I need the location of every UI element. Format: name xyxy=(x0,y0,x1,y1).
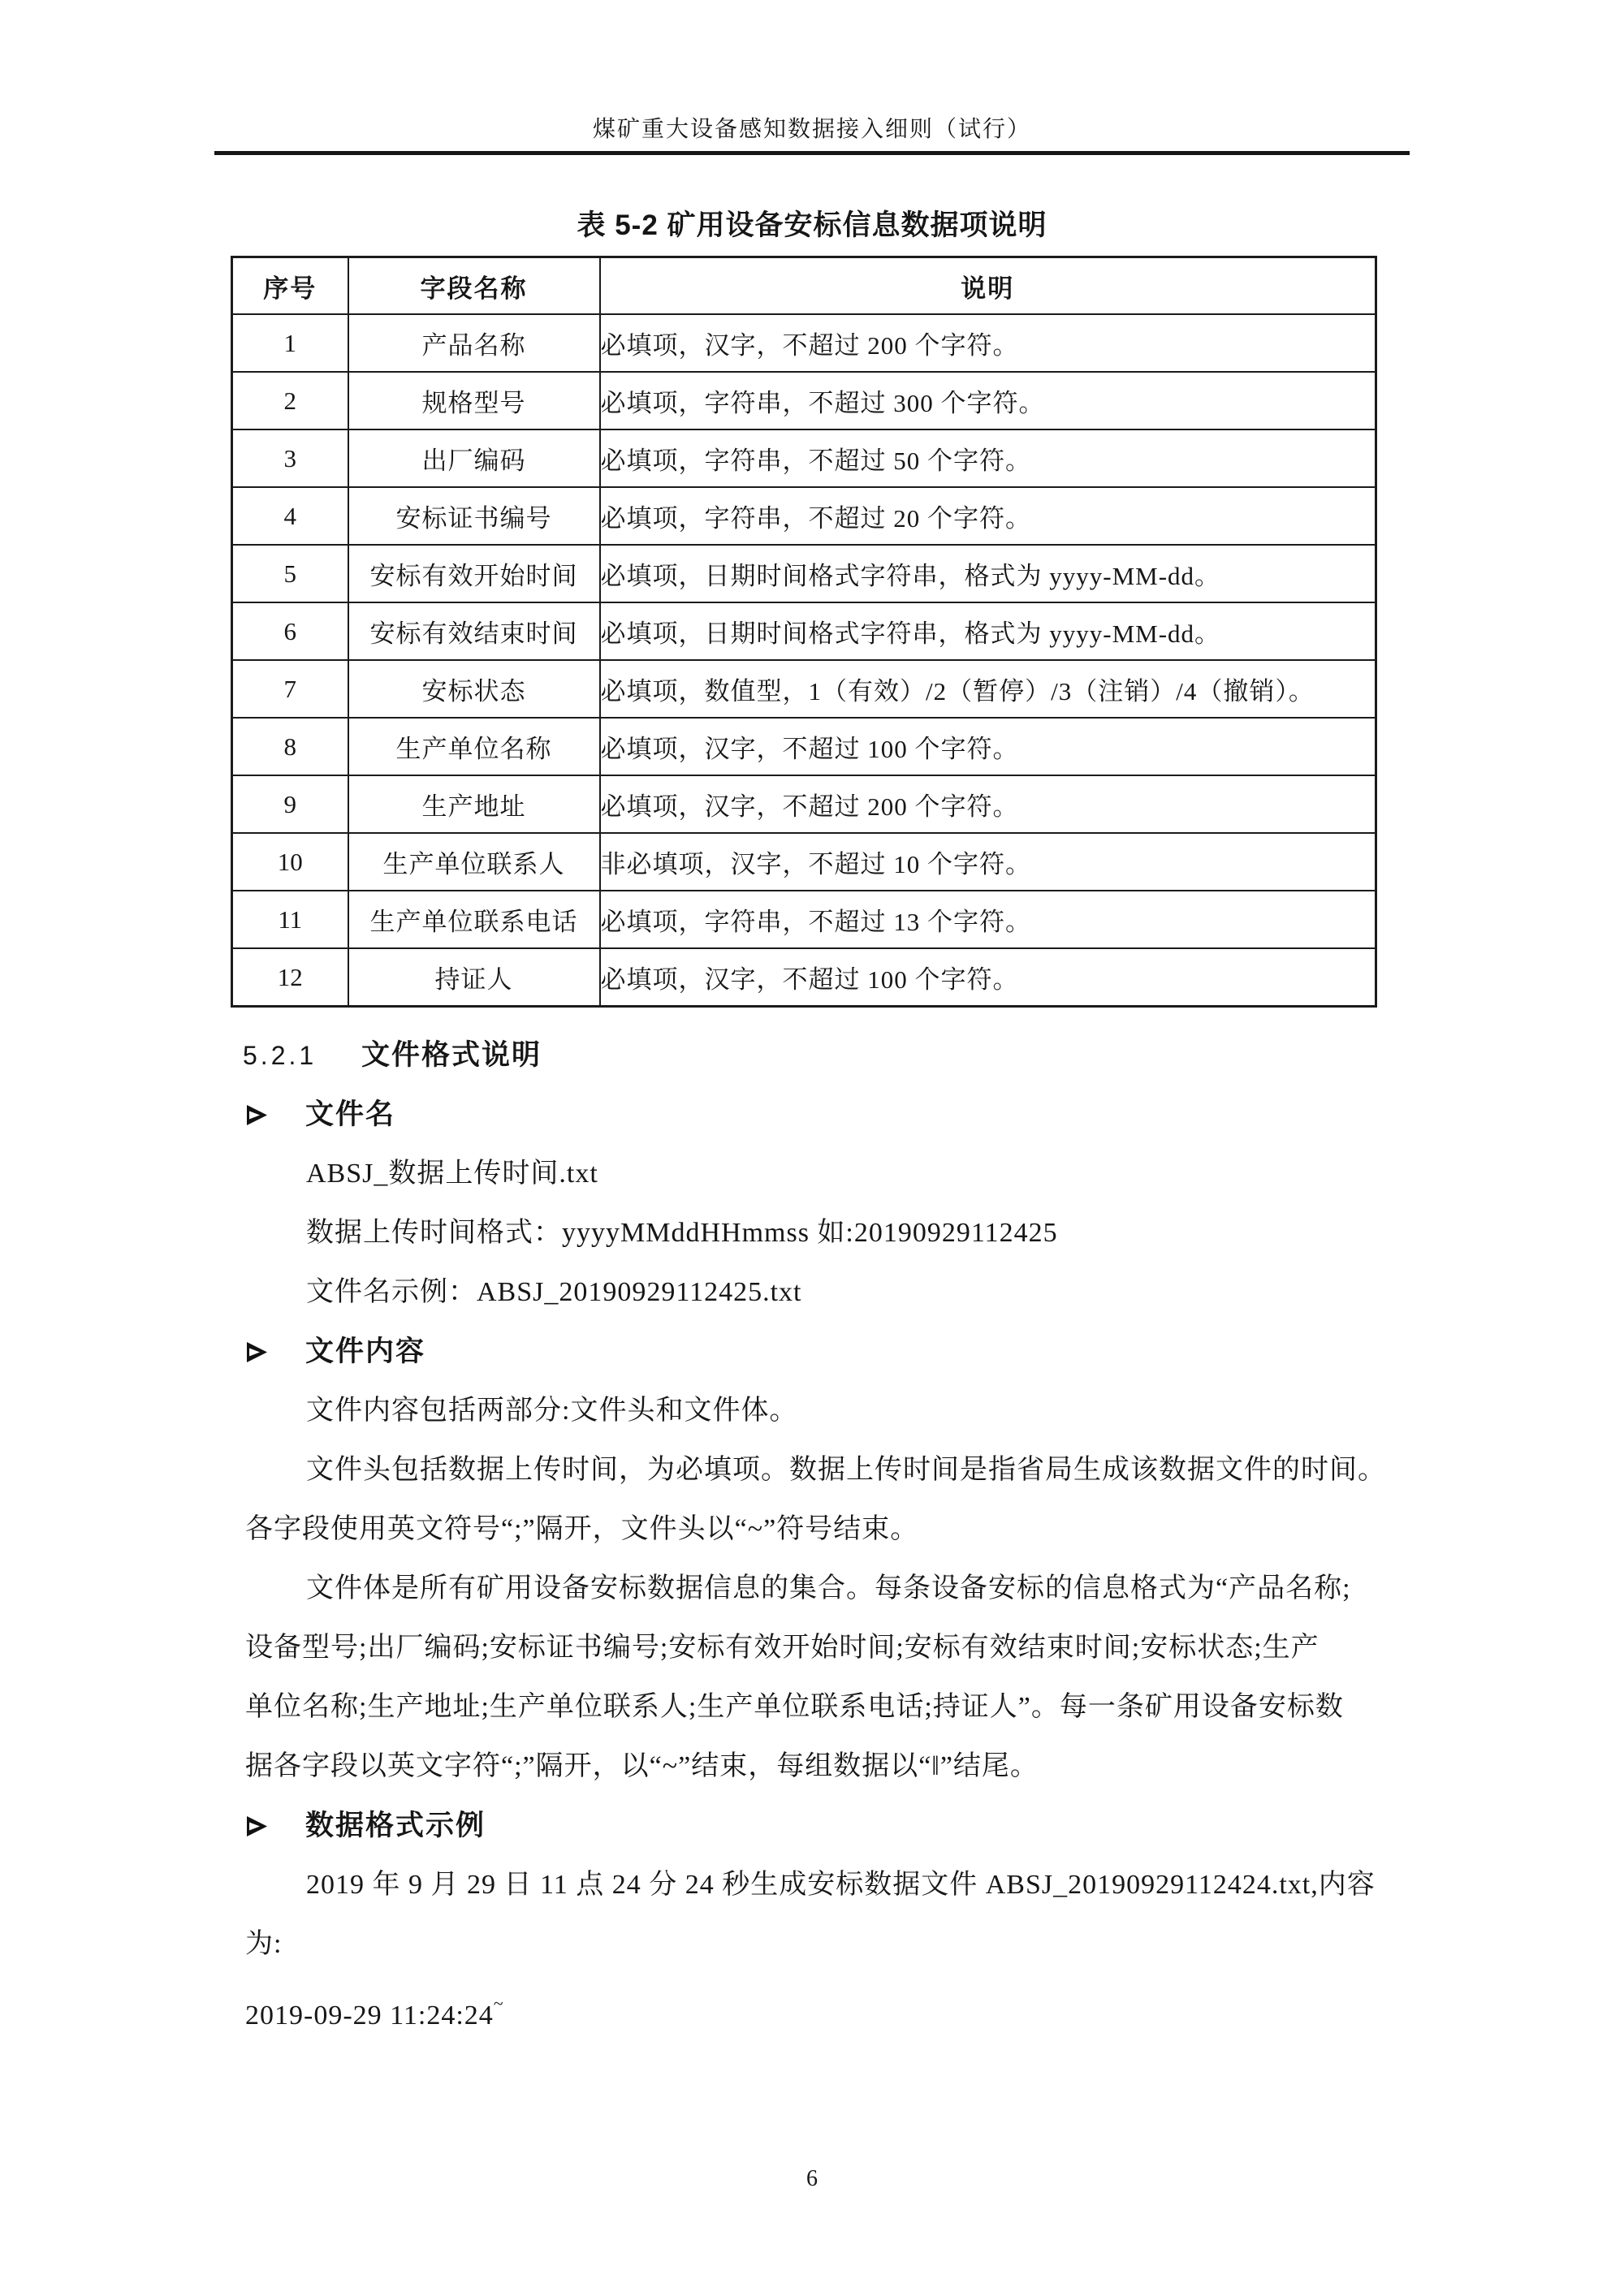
page-number: 6 xyxy=(0,2150,1624,2208)
cell-no: 5 xyxy=(232,545,348,602)
document-page: 煤矿重大设备感知数据接入细则（试行） 表 5-2 矿用设备安标信息数据项说明 序… xyxy=(0,0,1624,2296)
cell-no: 10 xyxy=(232,833,348,891)
bullet-data-example-label: 数据格式示例 xyxy=(305,1797,486,1855)
cell-desc: 必填项，字符串，不超过 13 个字符。 xyxy=(600,891,1376,948)
cell-no: 11 xyxy=(232,891,348,948)
cell-field: 安标证书编号 xyxy=(348,487,600,545)
code-terminator: ~ xyxy=(494,1993,504,2013)
file-content-line: 各字段使用英文符号“;”隔开，文件头以“~”符号结束。 xyxy=(245,1500,918,1559)
table-row: 7 安标状态 必填项，数值型，1（有效）/2（暂停）/3（注销）/4（撤销）。 xyxy=(232,660,1376,718)
section-heading-number: 5.2.1 xyxy=(243,1026,317,1085)
code-value: 2019-09-29 11:24:24 xyxy=(245,2000,494,2031)
cell-field: 安标有效结束时间 xyxy=(348,602,600,660)
file-content-line: 据各字段以英文字符“;”隔开，以“~”结束，每组数据以“‖”结尾。 xyxy=(245,1737,1039,1796)
table-row: 12 持证人 必填项，汉字，不超过 100 个字符。 xyxy=(232,948,1376,1007)
bullet-arrow-icon xyxy=(246,1104,268,1126)
cell-desc: 必填项，日期时间格式字符串，格式为 yyyy-MM-dd。 xyxy=(600,545,1376,602)
data-example-line: 为: xyxy=(245,1915,282,1974)
cell-field: 生产单位联系电话 xyxy=(348,891,600,948)
spec-table: 序号 字段名称 说明 1 产品名称 必填项，汉字，不超过 200 个字符。 2 … xyxy=(231,256,1377,1008)
cell-desc: 必填项，汉字，不超过 200 个字符。 xyxy=(600,314,1376,372)
column-header-no: 序号 xyxy=(232,257,348,315)
bullet-data-example: 数据格式示例 xyxy=(0,1797,1624,1855)
cell-desc: 必填项，日期时间格式字符串，格式为 yyyy-MM-dd。 xyxy=(600,602,1376,660)
table-row: 1 产品名称 必填项，汉字，不超过 200 个字符。 xyxy=(232,314,1376,372)
cell-field: 产品名称 xyxy=(348,314,600,372)
data-example-line: 2019 年 9 月 29 日 11 点 24 分 24 秒生成安标数据文件 A… xyxy=(306,1856,1376,1914)
upload-time-format: 数据上传时间格式：yyyyMMddHHmmss 如:20190929112425 xyxy=(306,1204,1058,1262)
cell-field: 持证人 xyxy=(348,948,600,1007)
cell-desc: 必填项，字符串，不超过 300 个字符。 xyxy=(600,372,1376,429)
cell-desc: 必填项，数值型，1（有效）/2（暂停）/3（注销）/4（撤销）。 xyxy=(600,660,1376,718)
table-row: 10 生产单位联系人 非必填项，汉字，不超过 10 个字符。 xyxy=(232,833,1376,891)
cell-field: 安标状态 xyxy=(348,660,600,718)
cell-field: 出厂编码 xyxy=(348,429,600,487)
cell-no: 9 xyxy=(232,775,348,833)
bullet-file-content: 文件内容 xyxy=(0,1323,1624,1381)
table-row: 8 生产单位名称 必填项，汉字，不超过 100 个字符。 xyxy=(232,718,1376,775)
file-name-pattern: ABSJ_数据上传时间.txt xyxy=(306,1145,598,1203)
file-content-line: 文件头包括数据上传时间，为必填项。数据上传时间是指省局生成该数据文件的时间。 xyxy=(306,1441,1386,1500)
section-heading: 5.2.1 文件格式说明 xyxy=(0,1026,1624,1085)
file-content-line: 文件内容包括两部分:文件头和文件体。 xyxy=(306,1382,797,1440)
table-row: 4 安标证书编号 必填项，字符串，不超过 20 个字符。 xyxy=(232,487,1376,545)
section-heading-title: 文件格式说明 xyxy=(361,1026,542,1085)
table-row: 9 生产地址 必填项，汉字，不超过 200 个字符。 xyxy=(232,775,1376,833)
bullet-arrow-icon xyxy=(246,1815,268,1837)
file-content-line: 单位名称;生产地址;生产单位联系人;生产单位联系电话;持证人”。每一条矿用设备安… xyxy=(245,1678,1344,1737)
column-header-field: 字段名称 xyxy=(348,257,600,315)
cell-no: 8 xyxy=(232,718,348,775)
table-row: 2 规格型号 必填项，字符串，不超过 300 个字符。 xyxy=(232,372,1376,429)
bullet-file-name-label: 文件名 xyxy=(305,1085,395,1144)
file-name-example: 文件名示例：ABSJ_20190929112425.txt xyxy=(306,1263,802,1322)
table-row: 3 出厂编码 必填项，字符串，不超过 50 个字符。 xyxy=(232,429,1376,487)
table-title: 表 5-2 矿用设备安标信息数据项说明 xyxy=(0,196,1624,255)
cell-desc: 非必填项，汉字，不超过 10 个字符。 xyxy=(600,833,1376,891)
cell-no: 4 xyxy=(232,487,348,545)
data-example-code: 2019-09-29 11:24:24~ xyxy=(245,1974,504,2033)
cell-field: 安标有效开始时间 xyxy=(348,545,600,602)
file-content-line: 文件体是所有矿用设备安标数据信息的集合。每条设备安标的信息格式为“产品名称; xyxy=(306,1560,1351,1618)
cell-no: 1 xyxy=(232,314,348,372)
table-row: 11 生产单位联系电话 必填项，字符串，不超过 13 个字符。 xyxy=(232,891,1376,948)
cell-desc: 必填项，汉字，不超过 100 个字符。 xyxy=(600,948,1376,1007)
cell-no: 3 xyxy=(232,429,348,487)
cell-field: 生产单位名称 xyxy=(348,718,600,775)
file-content-line: 设备型号;出厂编码;安标证书编号;安标有效开始时间;安标有效结束时间;安标状态;… xyxy=(245,1619,1319,1677)
cell-no: 12 xyxy=(232,948,348,1007)
table-row: 6 安标有效结束时间 必填项，日期时间格式字符串，格式为 yyyy-MM-dd。 xyxy=(232,602,1376,660)
cell-no: 6 xyxy=(232,602,348,660)
bullet-file-content-label: 文件内容 xyxy=(305,1323,425,1381)
running-header-title: 煤矿重大设备感知数据接入细则（试行） xyxy=(0,104,1624,156)
cell-desc: 必填项，字符串，不超过 20 个字符。 xyxy=(600,487,1376,545)
cell-desc: 必填项，字符串，不超过 50 个字符。 xyxy=(600,429,1376,487)
cell-desc: 必填项，汉字，不超过 100 个字符。 xyxy=(600,718,1376,775)
header-rule xyxy=(214,151,1410,155)
column-header-desc: 说明 xyxy=(600,257,1376,315)
cell-desc: 必填项，汉字，不超过 200 个字符。 xyxy=(600,775,1376,833)
table-row: 5 安标有效开始时间 必填项，日期时间格式字符串，格式为 yyyy-MM-dd。 xyxy=(232,545,1376,602)
cell-field: 规格型号 xyxy=(348,372,600,429)
cell-field: 生产单位联系人 xyxy=(348,833,600,891)
cell-no: 7 xyxy=(232,660,348,718)
cell-no: 2 xyxy=(232,372,348,429)
table-header-row: 序号 字段名称 说明 xyxy=(232,257,1376,315)
bullet-arrow-icon xyxy=(246,1341,268,1363)
bullet-file-name: 文件名 xyxy=(0,1085,1624,1144)
cell-field: 生产地址 xyxy=(348,775,600,833)
